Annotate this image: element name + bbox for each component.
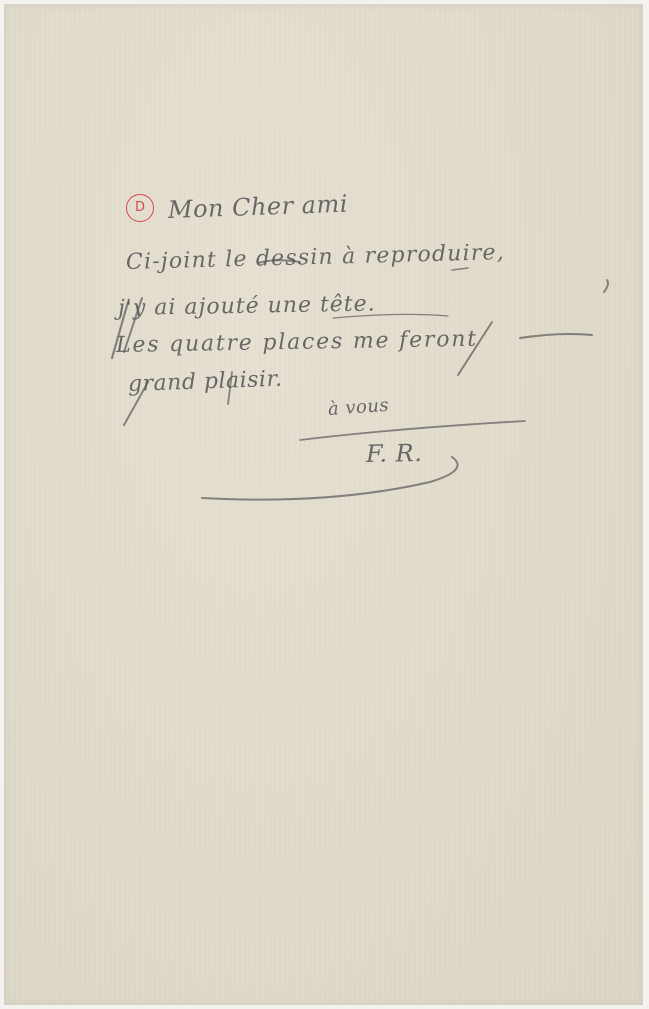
pencil-strokes: [0, 0, 649, 1009]
